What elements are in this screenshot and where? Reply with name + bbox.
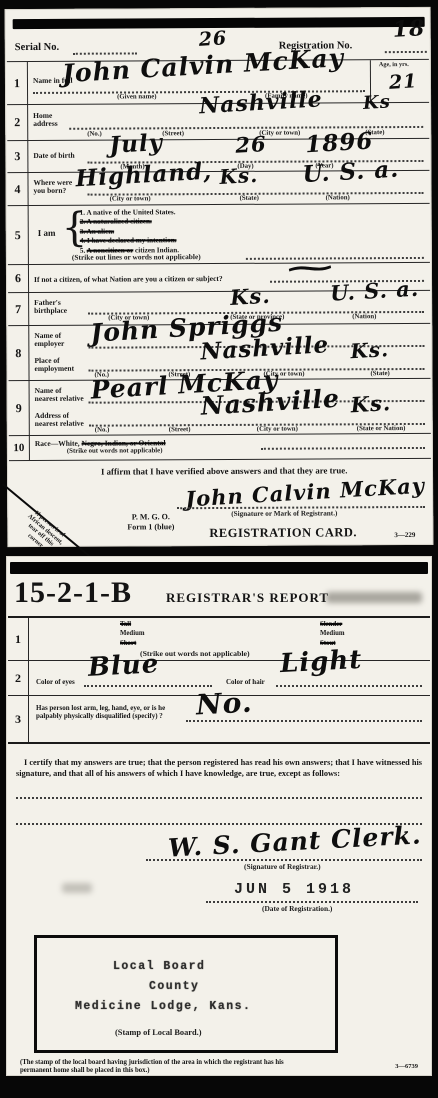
home-label-2: address [33,120,57,129]
form-name: Form 1 (blue) [127,522,174,532]
registration-card: Serial No. 26 Registration No. 18 1 Name… [5,7,434,547]
report-row3-number: 3 [8,696,29,742]
registrars-report-card: 15-2-1-B REGISTRAR'S REPORT 1 Tall Mediu… [6,556,432,1076]
date-dotted-line [206,901,418,903]
scan-black-bar-card2 [10,562,428,574]
relative-street-caption: (Street) [169,426,191,433]
born-nation-caption: (Nation) [326,194,350,201]
employment-state-handwritten: Ks. [350,339,390,361]
registrar-signature-line [146,859,422,861]
row10-number: 10 [9,436,30,460]
home-state-handwritten: Ks [363,93,392,113]
local-board-stamp-box: Local Board County Medicine Lodge, Kans.… [34,935,338,1053]
father-state-handwritten: Ks. [230,285,272,308]
card1-footer: If person is of African descent, tear of… [9,479,431,553]
build-options: Slender Medium Stout [320,620,345,648]
home-city-handwritten: Nashville [199,88,324,117]
nation-question: If not a citizen, of what Nation are you… [34,275,223,284]
father-nation-handwritten: U. S. a. [330,278,420,304]
registrar-signature-handwritten: W. S. Gant Clerk. [168,822,423,860]
stamp-instruction-note: (The stamp of the local board having jur… [20,1059,290,1076]
stamp-county: County [149,980,199,993]
build-medium: Medium [320,629,345,638]
row8-number: 8 [8,326,29,380]
i-am-label: I am [38,229,56,238]
build-slender: Slender [320,620,345,629]
pencil-smudge [62,883,92,893]
color-of-eyes-label: Color of eyes [36,678,75,687]
row4-number: 4 [7,173,28,205]
row2-number: 2 [7,105,28,140]
stamp-box-caption: (Stamp of Local Board.) [115,1028,202,1037]
report-row1-number: 1 [8,618,29,660]
row6-number: 6 [8,265,29,292]
report-row-build: 1 Tall Medium Short Slender Medium Stout… [8,618,430,660]
report-row2-number: 2 [8,661,29,695]
date-caption: (Date of Registration.) [262,904,332,913]
eyes-value-handwritten: Blue [87,651,160,681]
disqualified-dotted-line [186,720,422,722]
stamp-local-board: Local Board [113,960,205,973]
relative-address-label-2: nearest relative [35,420,84,429]
serial-label: Serial No. [15,42,59,53]
date-of-registration-block: JUN 5 1918 (Date of Registration.) [6,873,432,923]
born-nation-handwritten: U. S. a. [302,158,400,187]
employment-label-2: employment [34,365,74,374]
race-dotted-line [261,447,425,450]
card1-form-number: 3—229 [394,531,415,539]
citizenship-option-3: 3. An alien. [80,227,179,237]
relative-state-caption: (State or Nation) [357,425,406,432]
dob-day-handwritten: 26 [235,133,267,156]
hair-value-handwritten: Light [279,647,363,677]
employment-state-caption: (State) [370,370,389,377]
row9-number: 9 [9,381,30,435]
age-label: Age, in yrs. [379,61,409,68]
card2-form-number: 3—6739 [395,1063,418,1070]
row-where-born: 4 Where were you born? Highland, Ks. U. … [7,170,429,205]
disqualified-answer-handwritten: No. [195,689,253,720]
father-label-2: birthplace [34,307,67,316]
height-medium: Medium [120,629,145,638]
citizenship-option-1: 1. A native of the United States. [80,208,179,218]
registration-dotted-line [385,51,427,53]
illegible-stamp-smudge [326,592,422,603]
eyes-dotted-line [84,685,212,687]
certification-paragraph: I certify that my answers are true; that… [16,758,422,779]
relative-city-caption: (City or town) [257,426,298,433]
hair-dotted-line [276,685,422,687]
date-stamp-value: JUN 5 1918 [234,881,354,898]
serial-value-handwritten: 26 [198,29,227,50]
row7-number: 7 [8,293,29,325]
race-note: (Strike out words not applicable) [67,447,163,455]
born-city-caption: (City or town) [110,195,151,202]
card2-footer: (The stamp of the local board having jur… [20,1059,418,1076]
age-value-handwritten: 21 [388,72,417,93]
blank-dotted-line-1 [16,797,422,799]
born-state-handwritten: Ks. [219,165,259,187]
registrar-signature-caption: (Signature of Registrar.) [244,862,321,871]
report-title: REGISTRAR'S REPORT [166,590,329,606]
row5-number: 5 [8,206,29,264]
registrar-signature-block: W. S. Gant Clerk. (Signature of Registra… [6,825,432,873]
relative-label-2: nearest relative [35,395,84,404]
registration-no-value-handwritten: 18 [392,17,426,41]
dob-label: Date of birth [33,152,74,161]
born-city-handwritten: Highland, [75,159,213,190]
affirmation-text: I affirm that I have verified above answ… [101,465,347,476]
given-name-caption: (Given name) [117,93,157,100]
strike-out-note: (Strike out lines or words not applicabl… [72,252,201,262]
father-nation-caption: (Nation) [352,313,376,320]
report-header: 15-2-1-B REGISTRAR'S REPORT [8,574,430,618]
registration-card-title: REGISTRATION CARD. [209,525,357,541]
employer-label-2: employer [34,340,64,349]
report-row-disqualified: 3 Has person lost arm, leg, hand, eye, o… [8,695,430,744]
employment-city-handwritten: Nashville [200,333,330,363]
relative-city-handwritten: Nashville [200,386,340,419]
row-citizenship-status: 5 I am { 1. A native of the United State… [8,203,430,264]
race-struck-words: Negro, Indian, or Oriental [82,438,166,447]
row1-number: 1 [7,62,28,104]
dob-year-handwritten: 1896 [305,129,374,156]
disqualified-question-2: palpably physically disqualified (specif… [36,712,163,721]
report-code: 15-2-1-B [14,576,132,610]
citizenship-option-2: 2. A naturalized citizen. [80,218,179,228]
dash-mark-handwritten: ~ [279,255,343,283]
signature-caption: (Signature or Mark of Registrant.) [231,509,337,518]
stamp-city-state: Medicine Lodge, Kans. [75,1000,251,1013]
race-prefix: Race—White, [35,439,80,448]
height-short: Short [120,639,145,648]
height-tall: Tall [120,620,145,629]
row3-number: 3 [7,141,28,172]
row-race: 10 Race—White, Negro, Indian, or Orienta… [9,433,431,460]
form-org: P. M. G. O. [127,512,174,522]
relative-no-caption: (No.) [95,427,110,434]
citizenship-option-4: 4. I have declared my intention. [80,236,179,246]
born-label-2: you born? [34,187,67,196]
dob-month-handwritten: July [109,131,164,157]
height-options: Tall Medium Short [120,620,145,648]
form-imprint: P. M. G. O. Form 1 (blue) [127,512,174,531]
scanned-draft-card: { "colors": { "background": "#070707", "… [0,0,438,1098]
citizenship-options-list: 1. A native of the United States. 2. A n… [80,208,179,256]
home-street-caption: (Street) [162,130,184,137]
row-nearest-relative: 9 Name of nearest relative Pearl McKay A… [9,378,431,435]
born-state-caption: (State) [240,195,259,202]
registrant-signature-handwritten: John Calvin McKay [185,475,426,510]
home-no-caption: (No.) [87,131,102,138]
relative-state-handwritten: Ks. [350,392,392,415]
